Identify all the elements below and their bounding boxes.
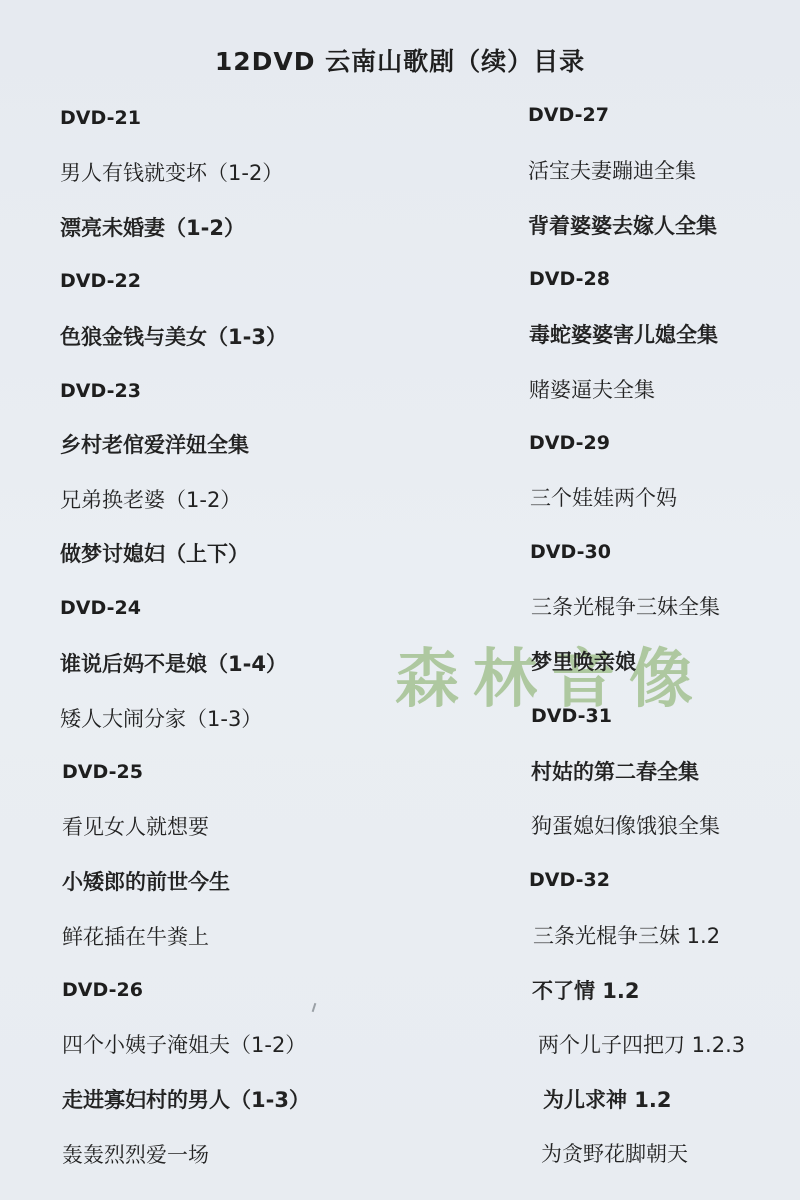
right-title-item: 三条光棍争三妹 1.2 [533,920,720,950]
right-disc-header: DVD-29 [529,432,610,454]
right-title-item: 狗蛋媳妇像饿狼全集 [531,810,720,840]
left-title-item: 矮人大闹分家（1-3） [60,703,262,733]
left-title-item: 小矮郎的前世今生 [62,866,230,896]
right-title-item: 两个儿子四把刀 1.2.3 [538,1029,745,1059]
right-title-item: 不了情 1.2 [532,975,640,1005]
right-title-item: 毒蛇婆婆害儿媳全集 [529,319,718,349]
right-title-item: 村姑的第二春全集 [531,756,699,786]
right-title-item: 三个娃娃两个妈 [530,482,677,512]
left-title-item: 色狼金钱与美女（1-3） [60,321,287,351]
right-title-item: 为儿求神 1.2 [543,1084,672,1114]
left-title-item: 漂亮未婚妻（1-2） [60,212,245,242]
right-title-item: 背着婆婆去嫁人全集 [528,210,717,240]
left-title-item: 走进寡妇村的男人（1-3） [62,1084,310,1114]
left-title-item: 乡村老倌爱洋妞全集 [60,429,249,459]
left-disc-header: DVD-26 [62,979,143,1001]
right-disc-header: DVD-27 [528,104,609,126]
left-title-item: 轰轰烈烈爱一场 [62,1139,209,1169]
left-title-item: 男人有钱就变坏（1-2） [60,157,283,187]
left-title-item: 兄弟换老婆（1-2） [60,484,241,514]
left-disc-header: DVD-22 [60,270,141,292]
right-disc-header: DVD-30 [530,541,611,563]
left-disc-header: DVD-25 [62,761,143,783]
left-title-item: 做梦讨媳妇（上下） [60,538,249,568]
left-title-item: 鲜花插在牛粪上 [62,921,209,951]
right-title-item: 为贪野花脚朝天 [541,1138,688,1168]
left-disc-header: DVD-21 [60,107,141,129]
scan-speck [312,1003,317,1012]
right-disc-header: DVD-32 [529,869,610,891]
right-title-item: 赌婆逼夫全集 [529,374,655,404]
catalog-page: 12DVD 云南山歌剧（续）目录 DVD-21男人有钱就变坏（1-2）漂亮未婚妻… [0,0,800,1200]
left-title-item: 四个小姨子淹姐夫（1-2） [62,1029,306,1059]
right-title-item: 三条光棍争三妹全集 [531,591,720,621]
left-title-item: 看见女人就想要 [62,811,209,841]
right-title-item: 活宝夫妻蹦迪全集 [528,155,696,185]
right-title-item: 梦里唤亲娘 [531,646,636,676]
right-disc-header: DVD-28 [529,268,610,290]
catalog-title: 12DVD 云南山歌剧（续）目录 [0,42,800,78]
left-disc-header: DVD-23 [60,380,141,402]
left-disc-header: DVD-24 [60,597,141,619]
left-title-item: 谁说后妈不是娘（1-4） [60,648,287,678]
